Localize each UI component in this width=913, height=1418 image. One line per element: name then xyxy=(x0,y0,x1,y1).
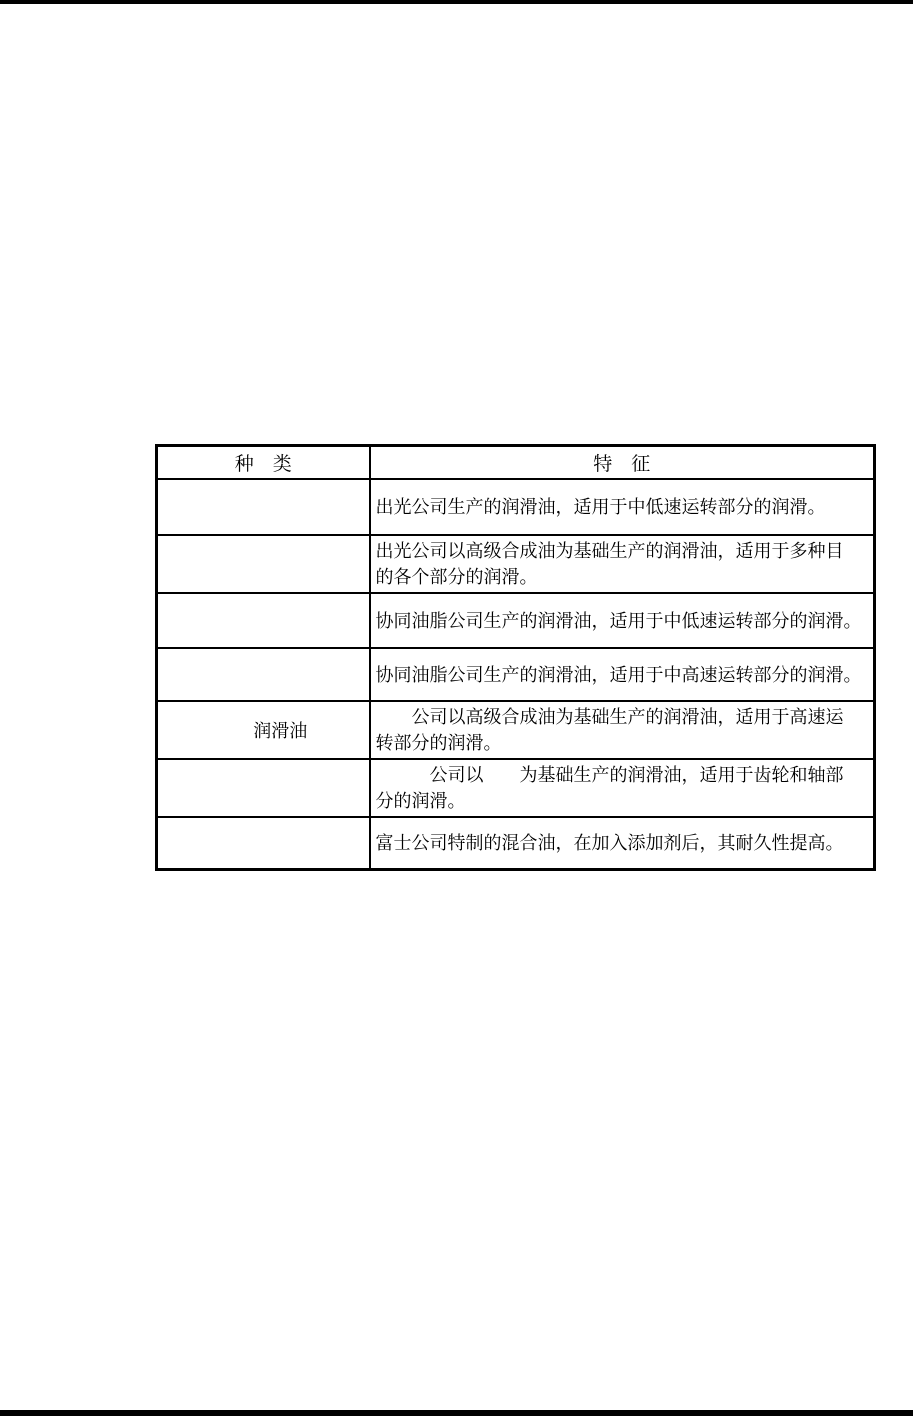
category-cell: 润滑油 xyxy=(157,701,370,759)
page-bottom-edge xyxy=(0,1410,913,1416)
table-header-row: 种 类 特 征 xyxy=(157,446,875,480)
feature-cell: 富士公司特制的混合油，在加入添加剂后，其耐久性提高。 xyxy=(370,817,875,869)
feature-cell: 协同油脂公司生产的润滑油，适用于中高速运转部分的润滑。 xyxy=(370,648,875,701)
document-page: { "page": { "background_color": "#ffffff… xyxy=(0,0,913,1418)
lubricant-spec-table: 种 类 特 征 出光公司生产的润滑油，适用于中低速运转部分的润滑。 出光公司以高… xyxy=(155,444,876,871)
table-row: 协同油脂公司生产的润滑油，适用于中高速运转部分的润滑。 xyxy=(157,648,875,701)
category-cell xyxy=(157,817,370,869)
category-cell xyxy=(157,648,370,701)
table-row: 协同油脂公司生产的润滑油，适用于中低速运转部分的润滑。 xyxy=(157,593,875,648)
category-cell xyxy=(157,479,370,535)
feature-cell: 协同油脂公司生产的润滑油，适用于中低速运转部分的润滑。 xyxy=(370,593,875,648)
table-row: 出光公司以高级合成油为基础生产的润滑油，适用于多种目 的各个部分的润滑。 xyxy=(157,535,875,593)
feature-cell: 公司以 为基础生产的润滑油，适用于齿轮和轴部 分的润滑。 xyxy=(370,759,875,817)
table-row: 润滑油 公司以高级合成油为基础生产的润滑油，适用于高速运 转部分的润滑。 xyxy=(157,701,875,759)
category-cell xyxy=(157,593,370,648)
column-header-feature: 特 征 xyxy=(370,446,875,480)
feature-cell: 出光公司以高级合成油为基础生产的润滑油，适用于多种目 的各个部分的润滑。 xyxy=(370,535,875,593)
category-cell xyxy=(157,535,370,593)
feature-cell: 公司以高级合成油为基础生产的润滑油，适用于高速运 转部分的润滑。 xyxy=(370,701,875,759)
table-row: 公司以 为基础生产的润滑油，适用于齿轮和轴部 分的润滑。 xyxy=(157,759,875,817)
border-gap-artifact xyxy=(322,702,328,707)
feature-cell: 出光公司生产的润滑油，适用于中低速运转部分的润滑。 xyxy=(370,479,875,535)
page-top-edge xyxy=(0,0,913,4)
table-row: 富士公司特制的混合油，在加入添加剂后，其耐久性提高。 xyxy=(157,817,875,869)
category-cell xyxy=(157,759,370,817)
column-header-category: 种 类 xyxy=(157,446,370,480)
table-row: 出光公司生产的润滑油，适用于中低速运转部分的润滑。 xyxy=(157,479,875,535)
